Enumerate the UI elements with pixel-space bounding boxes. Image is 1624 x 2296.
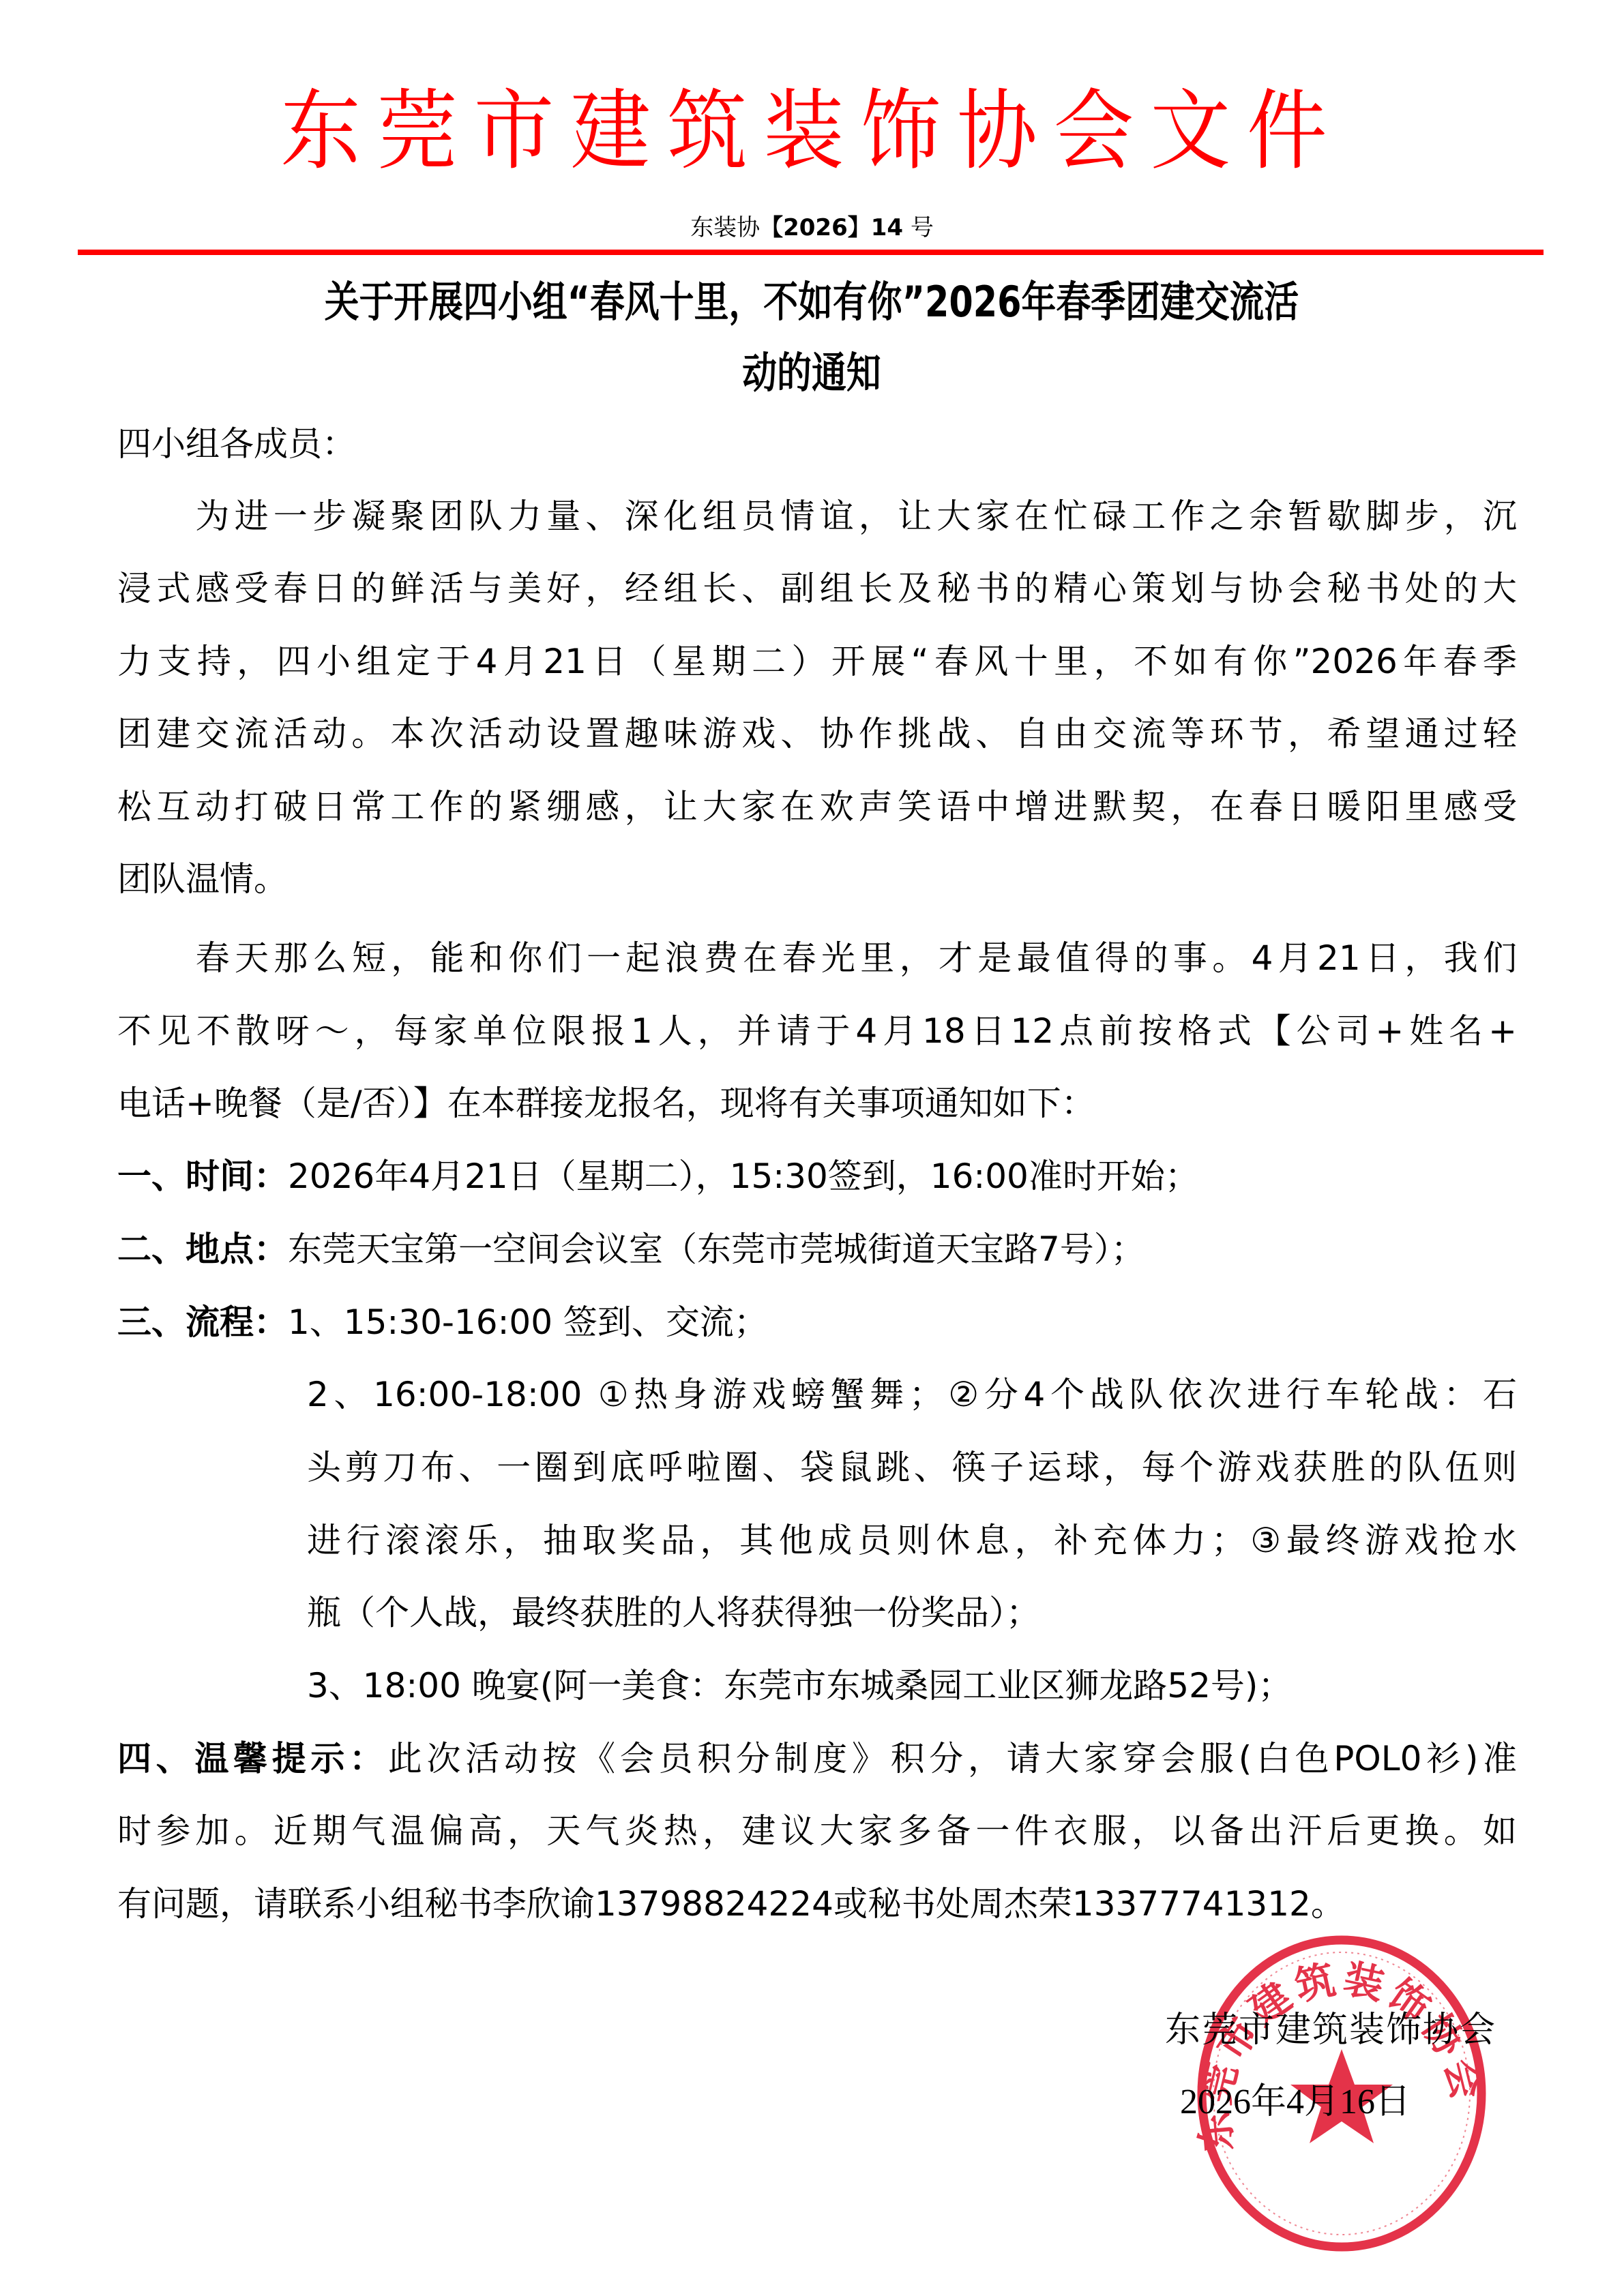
- doc-number-year: 【2026】14: [760, 214, 903, 241]
- paragraph2-line: 电话+晚餐（是/否）】在本群接龙报名，现将有关事项通知如下：: [117, 1081, 1095, 1126]
- doc-number-prefix: 东装协: [690, 214, 760, 241]
- item-time-value: 2026年4月21日（星期二），15:30签到，16:00准时开始；: [288, 1157, 1199, 1196]
- item-location-value: 东莞天宝第一空间会议室（东莞市莞城街道天宝路7号）；: [288, 1229, 1145, 1269]
- signature-date: 2026年4月16日: [1180, 2080, 1411, 2125]
- notice-title-line1: 关于开展四小组“春风十里，不如有你”2026年春季团建交流活: [224, 265, 1399, 340]
- paragraph1-line: 松互动打破日常工作的紧绷感，让大家在欢声笑语中增进默契，在春日暖阳里感受: [117, 784, 1517, 829]
- paragraph1-line: 团队温情。: [117, 856, 288, 901]
- paragraph1-line: 力支持，四小组定于4月21日（星期二）开展“春风十里，不如有你”2026年春季: [117, 639, 1517, 684]
- org-file-title: 东莞市建筑装饰协会文件: [65, 80, 1559, 183]
- process-step1: 1、15:30-16:00 签到、交流；: [288, 1302, 768, 1342]
- paragraph2-line: 春天那么短，能和你们一起浪费在春光里，才是最值得的事。4月21日，我们: [117, 936, 1517, 981]
- paragraph2-line: 不见不散呀～，每家单位限报1人，并请于4月18日12点前按格式【公司+姓名+: [117, 1009, 1517, 1054]
- process-step2-line: 进行滚滚乐，抽取奖品，其他成员则休息，补充体力；③最终游戏抢水: [307, 1518, 1517, 1563]
- item-tips-line: 时参加。近期气温偏高，天气炎热，建议大家多备一件衣服，以备出汗后更换。如: [117, 1808, 1517, 1853]
- process-step3: 3、18:00 晚宴(阿一美食：东莞市东城桑园工业区狮龙路52号)；: [307, 1663, 1292, 1708]
- item-tips-line: 此次活动按《会员积分制度》积分，请大家穿会服(白色POL0衫)准: [388, 1739, 1517, 1778]
- item-time-label: 一、时间：: [117, 1157, 288, 1196]
- item-tips-line: 有问题，请联系小组秘书李欣谕13798824224或秘书处周杰荣13377741…: [117, 1881, 1345, 1926]
- signature-organization: 东莞市建筑装饰协会: [1165, 2008, 1496, 2053]
- document-number: 东装协【2026】14 号: [0, 213, 1624, 243]
- item-tips-label: 四、温馨提示：: [117, 1739, 388, 1778]
- notice-title-line2: 动的通知: [224, 336, 1399, 411]
- paragraph1-line: 浸式感受春日的鲜活与美好，经组长、副组长及秘书的精心策划与协会秘书处的大: [117, 566, 1517, 611]
- process-step2-line: 瓶（个人战，最终获胜的人将获得独一份奖品）；: [307, 1590, 1040, 1635]
- item-process-label: 三、流程：: [117, 1302, 288, 1342]
- process-step2-line: 头剪刀布、一圈到底呼啦圈、袋鼠跳、筷子运球，每个游戏获胜的队伍则: [307, 1445, 1517, 1490]
- item-tips: 四、温馨提示：此次活动按《会员积分制度》积分，请大家穿会服(白色POL0衫)准: [117, 1736, 1517, 1781]
- process-step2-line: 2、16:00-18:00 ①热身游戏螃蟹舞；②分4个战队依次进行车轮战：石: [307, 1372, 1517, 1417]
- item-time: 一、时间：2026年4月21日（星期二），15:30签到，16:00准时开始；: [117, 1154, 1199, 1199]
- item-location: 二、地点：东莞天宝第一空间会议室（东莞市莞城街道天宝路7号）；: [117, 1227, 1145, 1272]
- red-divider-rule: [78, 250, 1544, 255]
- doc-number-suffix: 号: [911, 214, 934, 241]
- item-process: 三、流程：1、15:30-16:00 签到、交流；: [117, 1300, 768, 1345]
- paragraph1-line: 为进一步凝聚团队力量、深化组员情谊，让大家在忙碌工作之余暂歇脚步，沉: [117, 494, 1517, 539]
- salutation: 四小组各成员：: [117, 421, 356, 466]
- paragraph1-line: 团建交流活动。本次活动设置趣味游戏、协作挑战、自由交流等环节，希望通过轻: [117, 711, 1517, 756]
- item-location-label: 二、地点：: [117, 1229, 288, 1269]
- document-page: 东莞市建筑装饰协会文件 东装协【2026】14 号 关于开展四小组“春风十里，不…: [0, 0, 1624, 2296]
